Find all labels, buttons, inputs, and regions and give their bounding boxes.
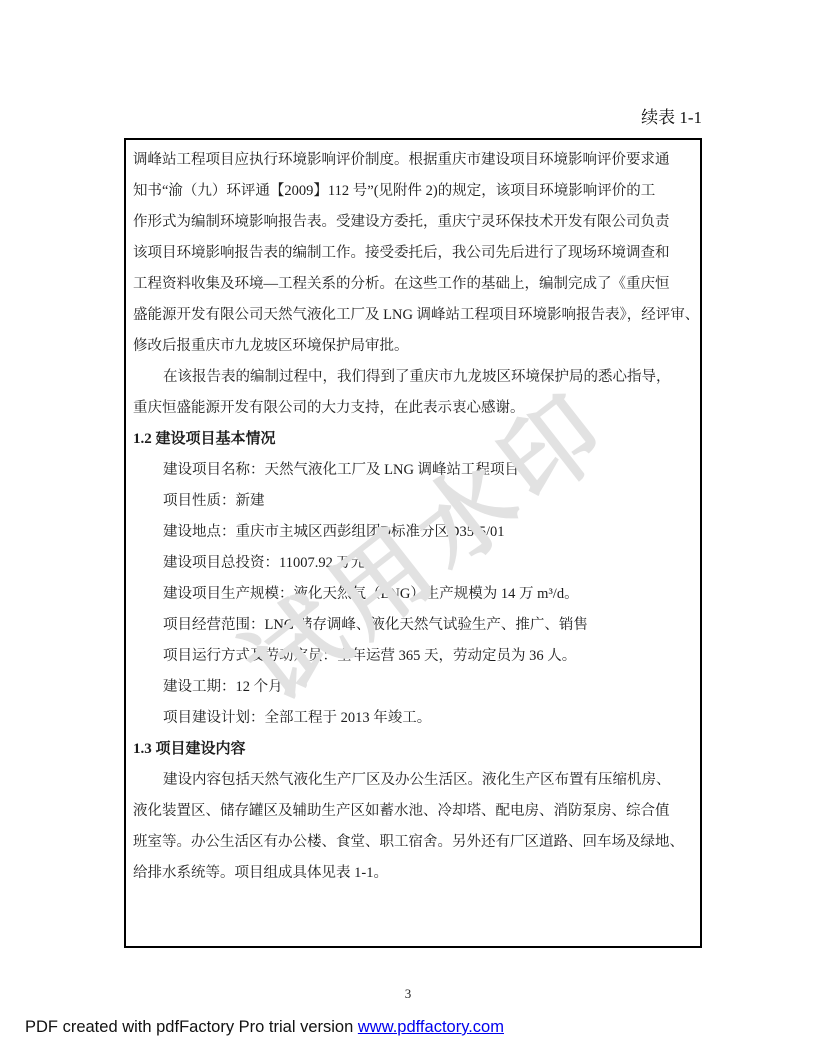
report-table-box: 调峰站工程项目应执行环境影响评价制度。根据重庆市建设项目环境影响评价要求通知书“… — [124, 138, 702, 948]
pdf-footer-text: PDF created with pdfFactory Pro trial ve… — [25, 1018, 358, 1036]
text-line: 在该报告表的编制过程中，我们得到了重庆市九龙坡区环境保护局的悉心指导， — [133, 362, 694, 393]
pdf-factory-footer: PDF created with pdfFactory Pro trial ve… — [25, 1018, 504, 1037]
page-number: 3 — [0, 986, 816, 1002]
text-line: 项目运行方式及劳动定员：全年运营 365 天，劳动定员为 36 人。 — [133, 641, 694, 672]
text-line: 建设内容包括天然气液化生产厂区及办公生活区。液化生产区布置有压缩机房、 — [133, 765, 694, 796]
text-line: 建设项目名称：天然气液化工厂及 LNG 调峰站工程项目 — [133, 455, 694, 486]
text-line: 盛能源开发有限公司天然气液化工厂及 LNG 调峰站工程项目环境影响报告表》，经评… — [133, 300, 694, 331]
document-page: 续表 1-1 调峰站工程项目应执行环境影响评价制度。根据重庆市建设项目环境影响评… — [0, 0, 816, 1056]
text-line: 建设地点：重庆市主城区西彭组团D标准分区D35-5/01 — [133, 517, 694, 548]
text-line: 调峰站工程项目应执行环境影响评价制度。根据重庆市建设项目环境影响评价要求通 — [133, 145, 694, 176]
report-text-body: 调峰站工程项目应执行环境影响评价制度。根据重庆市建设项目环境影响评价要求通知书“… — [126, 140, 700, 889]
text-line: 工程资料收集及环境—工程关系的分析。在这些工作的基础上，编制完成了《重庆恒 — [133, 269, 694, 300]
section-1-3-heading: 1.3 项目建设内容 — [133, 734, 694, 765]
text-line: 该项目环境影响报告表的编制工作。接受委托后，我公司先后进行了现场环境调查和 — [133, 238, 694, 269]
text-line: 建设项目总投资：11007.92 万元 — [133, 548, 694, 579]
section-1-2-items: 建设项目名称：天然气液化工厂及 LNG 调峰站工程项目项目性质：新建建设地点：重… — [133, 455, 694, 734]
text-line: 项目性质：新建 — [133, 486, 694, 517]
text-line: 知书“渝（九）环评通【2009】112 号”(见附件 2)的规定，该项目环境影响… — [133, 176, 694, 207]
text-line: 项目建设计划：全部工程于 2013 年竣工。 — [133, 703, 694, 734]
section-1-3-paragraph: 建设内容包括天然气液化生产厂区及办公生活区。液化生产区布置有压缩机房、液化装置区… — [133, 765, 694, 889]
text-line: 修改后报重庆市九龙坡区环境保护局审批。 — [133, 331, 694, 362]
text-line: 作形式为编制环境影响报告表。受建设方委托，重庆宁灵环保技术开发有限公司负责 — [133, 207, 694, 238]
paragraph-acknowledgement: 在该报告表的编制过程中，我们得到了重庆市九龙坡区环境保护局的悉心指导，重庆恒盛能… — [133, 362, 694, 424]
paragraph-eia-procedure: 调峰站工程项目应执行环境影响评价制度。根据重庆市建设项目环境影响评价要求通知书“… — [133, 145, 694, 362]
section-1-2-heading: 1.2 建设项目基本情况 — [133, 424, 694, 455]
text-line: 班室等。办公生活区有办公楼、食堂、职工宿舍。另外还有厂区道路、回车场及绿地、 — [133, 827, 694, 858]
text-line: 项目经营范围：LNG 储存调峰、液化天然气试验生产、推广、销售 — [133, 610, 694, 641]
text-line: 给排水系统等。项目组成具体见表 1-1。 — [133, 858, 694, 889]
text-line: 建设工期：12 个月 — [133, 672, 694, 703]
table-continuation-label: 续表 1-1 — [641, 103, 702, 128]
text-line: 重庆恒盛能源开发有限公司的大力支持，在此表示衷心感谢。 — [133, 393, 694, 424]
pdffactory-link[interactable]: www.pdffactory.com — [358, 1018, 504, 1036]
text-line: 建设项目生产规模：液化天然气（LNG）生产规模为 14 万 m³/d。 — [133, 579, 694, 610]
text-line: 液化装置区、储存罐区及辅助生产区如蓄水池、冷却塔、配电房、消防泵房、综合值 — [133, 796, 694, 827]
